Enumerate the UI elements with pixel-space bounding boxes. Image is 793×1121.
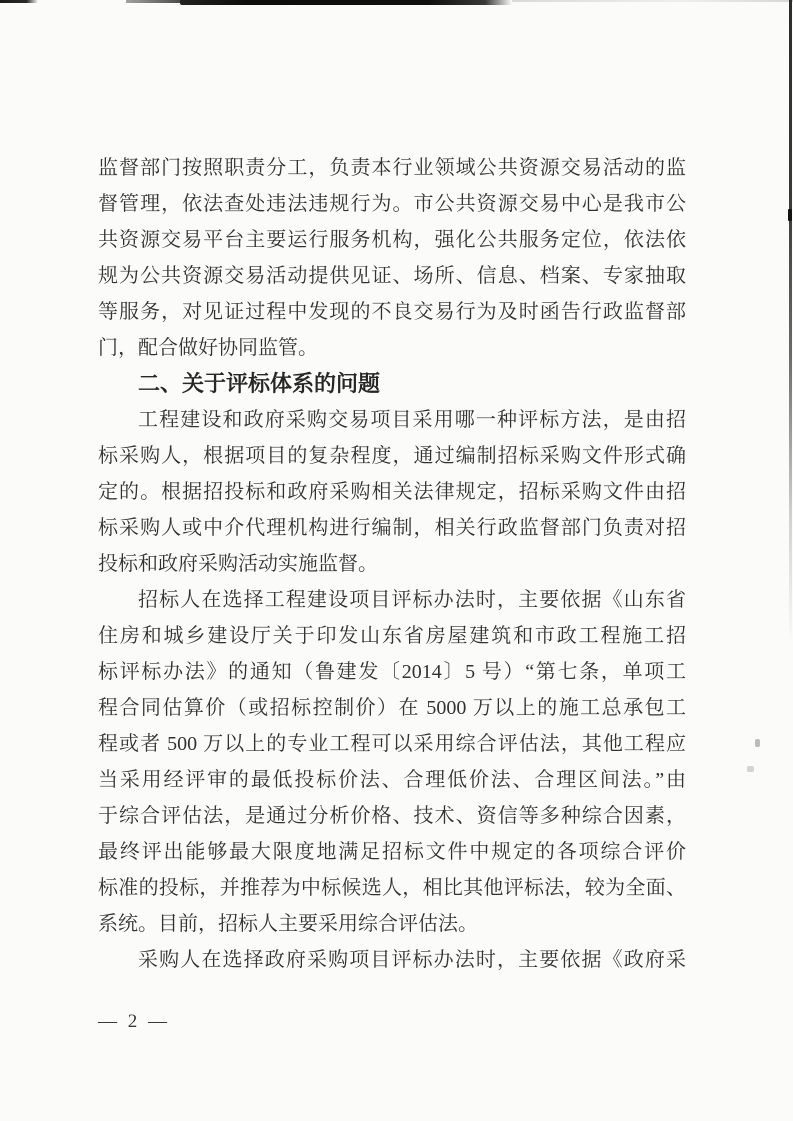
text-line: 门，配合做好协同监管。: [98, 330, 686, 366]
scan-artifact-top-faint: [512, 0, 793, 2]
text-line: 监督部门按照职责分工，负责本行业领域公共资源交易活动的监: [98, 150, 686, 186]
text-line: 标采购人，根据项目的复杂程度，通过编制招标采购文件形式确: [98, 438, 686, 474]
text-line: 标准的投标，并推荐为中标候选人，相比其他评标法，较为全面、: [98, 870, 686, 906]
page-number: — 2 —: [98, 1008, 170, 1036]
text-line: 投标和政府采购活动实施监督。: [98, 546, 686, 582]
text-line: 于综合评估法，是通过分析价格、技术、资信等多种综合因素，: [98, 798, 686, 834]
text-line: 住房和城乡建设厅关于印发山东省房屋建筑和市政工程施工招: [98, 618, 686, 654]
text-line: 系统。目前，招标人主要采用综合评估法。: [98, 906, 686, 942]
text-line: 程或者 500 万以上的专业工程可以采用综合评估法，其他工程应: [98, 726, 686, 762]
text-line: 招标人在选择工程建设项目评标办法时，主要依据《山东省: [98, 582, 686, 618]
text-line: 最终评出能够最大限度地满足招标文件中规定的各项综合评价: [98, 834, 686, 870]
text-line: 标采购人或中介代理机构进行编制，相关行政监督部门负责对招: [98, 510, 686, 546]
text-line: 标评标办法》的通知（鲁建发〔2014〕5 号）“第七条，单项工: [98, 654, 686, 690]
text-line: 采购人在选择政府采购项目评标办法时，主要依据《政府采: [98, 942, 686, 978]
scan-artifact-top-segment: [126, 0, 181, 3]
text-line: 工程建设和政府采购交易项目采用哪一种评标方法，是由招: [98, 402, 686, 438]
text-line: 等服务，对见证过程中发现的不良交易行为及时函告行政监督部: [98, 294, 686, 330]
scanned-document-page: 监督部门按照职责分工，负责本行业领域公共资源交易活动的监 督管理，依法查处违法违…: [0, 0, 793, 1121]
scan-artifact-top-left: [0, 0, 38, 3]
text-line: 共资源交易平台主要运行服务机构，强化公共服务定位，依法依: [98, 222, 686, 258]
text-line: 定的。根据招投标和政府采购相关法律规定，招标采购文件由招: [98, 474, 686, 510]
text-line: 当采用经评审的最低投标价法、合理低价法、合理区间法。”由: [98, 762, 686, 798]
scan-speck: [755, 739, 760, 747]
text-line: 规为公共资源交易活动提供见证、场所、信息、档案、专家抽取: [98, 258, 686, 294]
scan-artifact-right-mark: [788, 209, 792, 221]
document-body: 监督部门按照职责分工，负责本行业领域公共资源交易活动的监 督管理，依法查处违法违…: [98, 150, 686, 978]
scan-artifact-right-edge: [789, 0, 792, 645]
text-line: 程合同估算价（或招标控制价）在 5000 万以上的施工总承包工: [98, 690, 686, 726]
scan-artifact-top-band: [180, 0, 512, 5]
text-line: 督管理，依法查处违法违规行为。市公共资源交易中心是我市公: [98, 186, 686, 222]
section-heading: 二、关于评标体系的问题: [98, 366, 686, 402]
scan-speck: [747, 766, 754, 772]
